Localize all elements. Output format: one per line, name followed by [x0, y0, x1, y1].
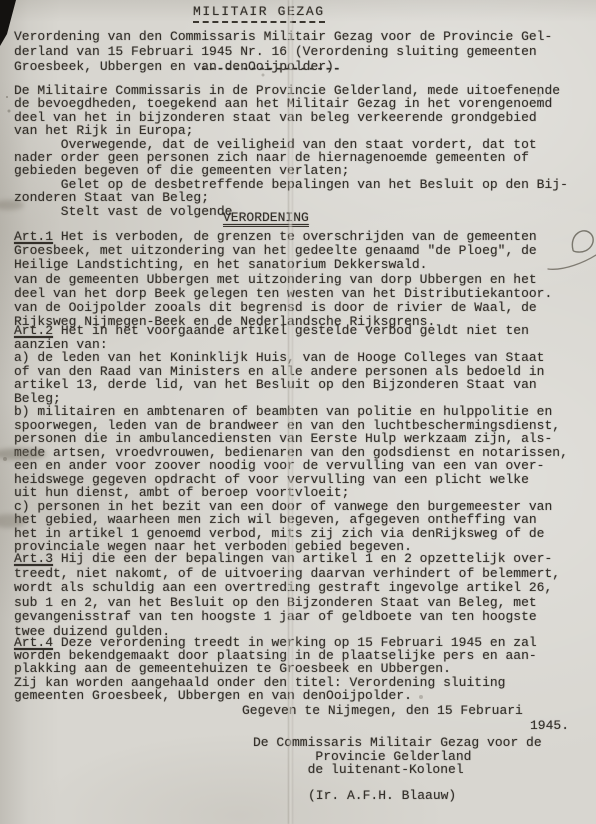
article-label: Art.2 [14, 323, 53, 338]
preamble-paragraph: De Militaire Commissaris in de Provincie… [14, 84, 568, 218]
pencil-scribble-icon [540, 222, 596, 278]
document-title: MILITAIR GEZAG [193, 5, 325, 23]
article-4: Art.4 Deze verordening treedt in werking… [14, 636, 537, 702]
signer-title-block: De Commissaris Militair Gezag voor de Pr… [253, 736, 542, 777]
article-label: Art.4 [14, 635, 53, 650]
article-1: Art.1 Het is verboden, de grenzen te ove… [14, 230, 552, 329]
article-3: Art.3 Hij die een der bepalingen van art… [14, 552, 560, 640]
divider-dashes: ----------------- [200, 62, 341, 76]
verordening-heading: VERORDENING [223, 211, 309, 227]
year-line: 1945. [530, 719, 569, 733]
scanned-document-page: MILITAIR GEZAG Verordening van den Commi… [0, 0, 596, 824]
article-label: Art.3 [14, 551, 53, 566]
article-label: Art.1 [14, 229, 53, 244]
article-2: Art.2 Het in het voorgaande artikel gest… [14, 324, 568, 554]
signature-name: (Ir. A.F.H. Blaauw) [308, 789, 456, 803]
place-date-line: Gegeven te Nijmegen, den 15 Februari [242, 704, 523, 718]
paper-specks [6, 96, 8, 98]
